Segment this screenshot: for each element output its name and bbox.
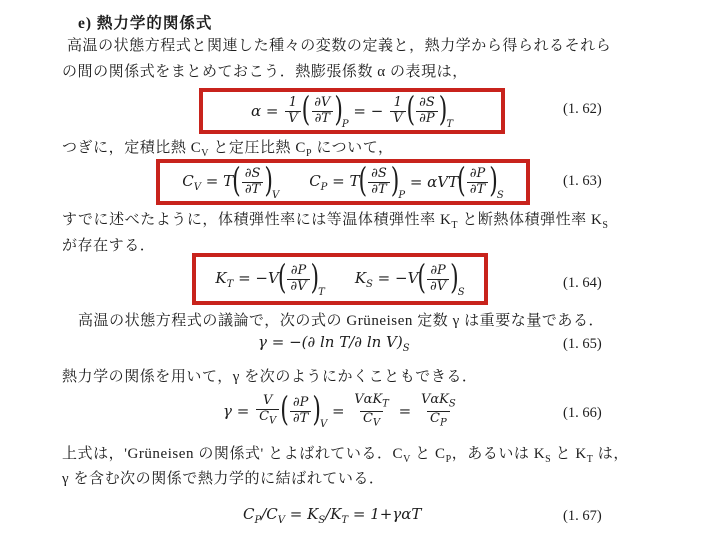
section-heading: e) 熱力学的関係式 [78, 11, 212, 33]
scanned-textbook-page: e) 熱力学的関係式 高温の状態方程式と関連した種々の変数の定義と，熱力学から得… [0, 0, 720, 540]
equation-number-1-66: (1. 66) [563, 405, 602, 422]
gruneisen-relation-line-1: 上式は，'Grüneisen の関係式' とよばれている．CV と CP，あるい… [62, 445, 629, 466]
highlight-box-eq-1-63: CV = T(∂S∂T)VCP = T(∂S∂T)P = αVT(∂P∂T)S [156, 159, 530, 205]
equation-1-65: γ = −(∂ ln T/∂ ln V)S [258, 333, 410, 354]
equation-number-1-64: (1. 64) [563, 275, 602, 292]
equation-number-1-65: (1. 65) [563, 336, 602, 353]
bulk-modulus-line-2: が存在する． [62, 237, 155, 255]
equation-1-67-row: CP/CV = KS/KT = 1+γαT [243, 505, 421, 526]
intro-paragraph-line-1: 高温の状態方程式と関連した種々の変数の定義と，熱力学から得られるそれら [67, 37, 611, 55]
equation-1-63: CV = T(∂S∂T)VCP = T(∂S∂T)P = αVT(∂P∂T)S [182, 167, 503, 198]
equation-1-67: CP/CV = KS/KT = 1+γαT [243, 505, 421, 526]
equation-number-1-63: (1. 63) [563, 173, 602, 190]
equation-number-1-67: (1. 67) [563, 508, 602, 525]
equation-1-66-row: γ = VCV(∂P∂T)V = VαKTCV = VαKSCP [223, 391, 461, 431]
gruneisen-relation-line-2: γ を含む次の関係で熱力学的に結ばれている． [62, 470, 384, 488]
highlight-box-eq-1-62: α = 1V(∂V∂T)P = − 1V(∂S∂P)T [199, 88, 505, 134]
bulk-modulus-line-1: すでに述べたように，体積弾性率には等温体積弾性率 KT と断熱体積弾性率 KS [62, 211, 609, 232]
equation-1-62: α = 1V(∂V∂T)P = − 1V(∂S∂P)T [251, 96, 453, 127]
intro-paragraph-line-2: の間の関係式をまとめておこう．熱膨張係数 α の表現は， [62, 63, 468, 81]
equation-number-1-62: (1. 62) [563, 101, 602, 118]
gruneisen-intro-line: 高温の状態方程式の議論で，次の式の Grüneisen 定数 γ は重要な量であ… [78, 312, 604, 330]
equation-1-66: γ = VCV(∂P∂T)V = VαKTCV = VαKSCP [223, 393, 461, 428]
highlight-box-eq-1-64: KT = −V(∂P∂V)TKS = −V(∂P∂V)S [192, 253, 488, 305]
equation-1-64: KT = −V(∂P∂V)TKS = −V(∂P∂V)S [215, 264, 464, 295]
thermo-relation-line: 熱力学の関係を用いて，γ を次のようにかくこともできる． [62, 368, 477, 386]
equation-1-65-row: γ = −(∂ ln T/∂ ln V)S [258, 333, 410, 354]
specific-heat-line: つぎに，定積比熱 CV と定圧比熱 CP について， [62, 139, 394, 160]
